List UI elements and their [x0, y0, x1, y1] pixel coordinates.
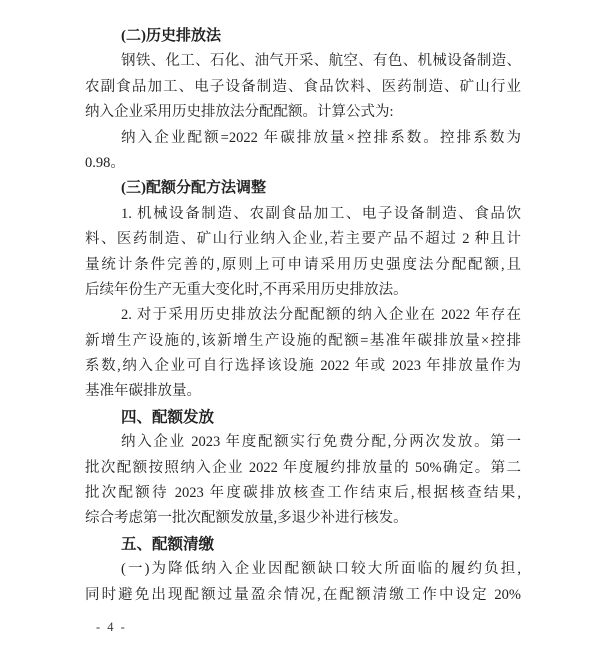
- text-line: 系数,纳入企业可自行选择该设施 2022 年或 2023 年排放量作为: [85, 354, 521, 379]
- subsection-heading: (三)配额分配方法调整: [85, 176, 521, 201]
- text-line: 批次配额按照纳入企业 2022 年度履约排放量的 50%确定。第二: [85, 456, 521, 481]
- text-line: 后续年份生产无重大变化时,不再采用历史排放法。: [85, 278, 521, 303]
- subsection-heading: (二)历史排放法: [85, 24, 521, 49]
- section-heading: 四、配额发放: [85, 405, 521, 430]
- text-line: 批次配额待 2023 年度碳排放核查工作结束后,根据核查结果,: [85, 481, 521, 506]
- text-line: 2. 对于采用历史排放法分配配额的纳入企业在 2022 年存在: [85, 303, 521, 328]
- text-line: 同时避免出现配额过量盈余情况,在配额清缴工作中设定 20%: [85, 583, 521, 608]
- text-line: (一)为降低纳入企业因配额缺口较大所面临的履约负担,: [85, 557, 521, 582]
- text-line: 新增生产设施的,该新增生产设施的配额=基准年碳排放量×控排: [85, 329, 521, 354]
- text-line: 基准年碳排放量。: [85, 379, 521, 404]
- text-line: 纳入企业 2023 年度配额实行免费分配,分两次发放。第一: [85, 430, 521, 455]
- text-line: 料、医药制造、矿山行业纳入企业,若主要产品不超过 2 种且计: [85, 227, 521, 252]
- document-body: (二)历史排放法钢铁、化工、石化、油气开采、航空、有色、机械设备制造、农副食品加…: [85, 24, 521, 608]
- text-line: 钢铁、化工、石化、油气开采、航空、有色、机械设备制造、: [85, 49, 521, 74]
- text-line: 1. 机械设备制造、农副食品加工、电子设备制造、食品饮: [85, 202, 521, 227]
- text-line: 纳入企业采用历史排放法分配配额。计算公式为:: [85, 100, 521, 125]
- text-line: 0.98。: [85, 151, 521, 176]
- text-line: 综合考虑第一批次配额发放量,多退少补进行核发。: [85, 506, 521, 531]
- document-page: (二)历史排放法钢铁、化工、石化、油气开采、航空、有色、机械设备制造、农副食品加…: [0, 0, 595, 657]
- page-number: - 4 -: [96, 620, 127, 635]
- text-line: 农副食品加工、电子设备制造、食品饮料、医药制造、矿山行业: [85, 75, 521, 100]
- text-line: 纳入企业配额=2022 年碳排放量×控排系数。控排系数为: [85, 126, 521, 151]
- text-line: 量统计条件完善的,原则上可申请采用历史强度法分配配额,且: [85, 253, 521, 278]
- section-heading: 五、配额清缴: [85, 532, 521, 557]
